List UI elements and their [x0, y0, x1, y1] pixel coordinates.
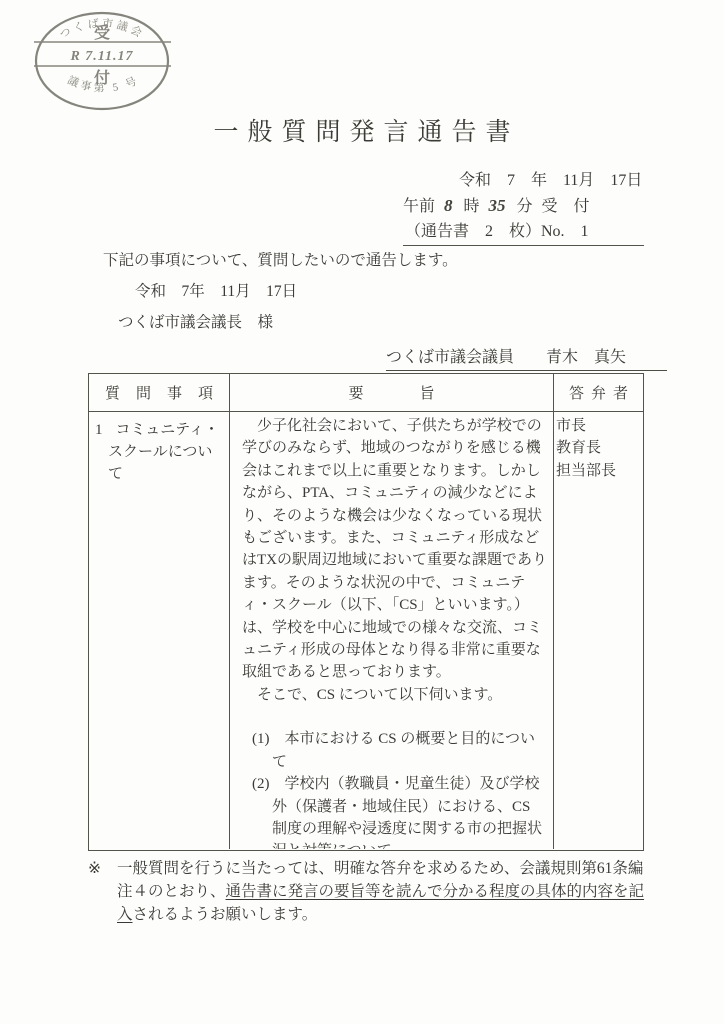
receipt-time-minute-handwritten: 35 — [489, 196, 506, 215]
header-summary: 要旨 — [229, 374, 554, 411]
receipt-date-line: 令和 7 年 11月 17日 — [403, 168, 644, 193]
header-answerer: 答弁者 — [554, 374, 643, 411]
question-topic-text: コミュニティ・スクールについて — [108, 422, 219, 482]
question-table: 質問事項 要旨 答弁者 1コミュニティ・スクールについて 少子化社会において、子… — [88, 373, 644, 851]
header-question-items: 質問事項 — [89, 374, 229, 411]
answerer-mayor: 市長 — [556, 415, 643, 437]
footnote-text-after: されるようお願いします。 — [133, 906, 318, 923]
footnote-text: 一般質問を行うに当たっては、明確な答弁を求めるため、会議規則第61条編注４のとお… — [117, 857, 653, 926]
preamble-date: 令和 7年 11月 17日 — [135, 279, 297, 301]
question-topic: 1コミュニティ・スクールについて — [89, 412, 229, 485]
document-title: 一般質問発言通告書 — [0, 112, 724, 148]
table-header-row: 質問事項 要旨 答弁者 — [89, 374, 643, 412]
footnote: ※ 一般質問を行うに当たっては、明確な答弁を求めるため、会議規則第61条編注４の… — [88, 857, 653, 926]
document-page: つくば市議会 受 R 7.11.17 付 議事第 5 号 一般質問発言通告書 令… — [0, 0, 724, 1024]
summary-paragraph-2: そこで、CS について以下伺います。 — [242, 684, 547, 706]
receipt-time-prefix: 午前 — [403, 198, 435, 215]
list-item: (2) 学校内（教職員・児童生徒）及び学校外（保護者・地域住民）における、CS … — [252, 773, 547, 849]
list-item: (1) 本市における CS の概要と目的について — [252, 728, 547, 773]
signature-line: つくば市議会議員 青木 真矢 — [386, 344, 667, 371]
notice-sentence: 下記の事項について、質問したいので通告します。 — [103, 248, 458, 270]
footnote-marker: ※ — [88, 857, 117, 926]
cell-summary: 少子化社会において、子供たちが学校での学びのみならず、地域のつながりを感じる機会… — [229, 412, 554, 849]
receipt-block: 令和 7 年 11月 17日 午前 8 時 35 分 受 付 （通告書 2 枚）… — [403, 168, 644, 246]
summary-question-list: (1) 本市における CS の概要と目的について (2) 学校内（教職員・児童生… — [242, 728, 547, 849]
receipt-time-hour-unit: 時 — [464, 198, 480, 215]
receipt-time-line: 午前 8 時 35 分 受 付 — [403, 193, 644, 219]
answerer-education-chief: 教育長 — [556, 437, 643, 459]
receipt-stamp: つくば市議会 受 R 7.11.17 付 議事第 5 号 — [30, 8, 177, 115]
question-number: 1 — [95, 422, 103, 438]
addressee-line: つくば市議会議長 様 — [118, 310, 273, 332]
cell-question-item: 1コミュニティ・スクールについて — [89, 412, 229, 849]
receipt-time-suffix: 受 付 — [542, 198, 590, 215]
stamp-uke-char: 受 — [94, 23, 110, 42]
receipt-time-hour-handwritten: 8 — [444, 196, 453, 215]
table-body-row: 1コミュニティ・スクールについて 少子化社会において、子供たちが学校での学びのみ… — [89, 412, 643, 849]
receipt-count-line: （通告書 2 枚）No. 1 — [403, 219, 644, 246]
answerer-department-head: 担当部長 — [556, 460, 643, 482]
stamp-date: R 7.11.17 — [69, 49, 133, 64]
cell-answerer: 市長 教育長 担当部長 — [554, 412, 643, 849]
summary-paragraph-1: 少子化社会において、子供たちが学校での学びのみならず、地域のつながりを感じる機会… — [242, 415, 547, 684]
receipt-time-minute-unit: 分 — [517, 198, 533, 215]
